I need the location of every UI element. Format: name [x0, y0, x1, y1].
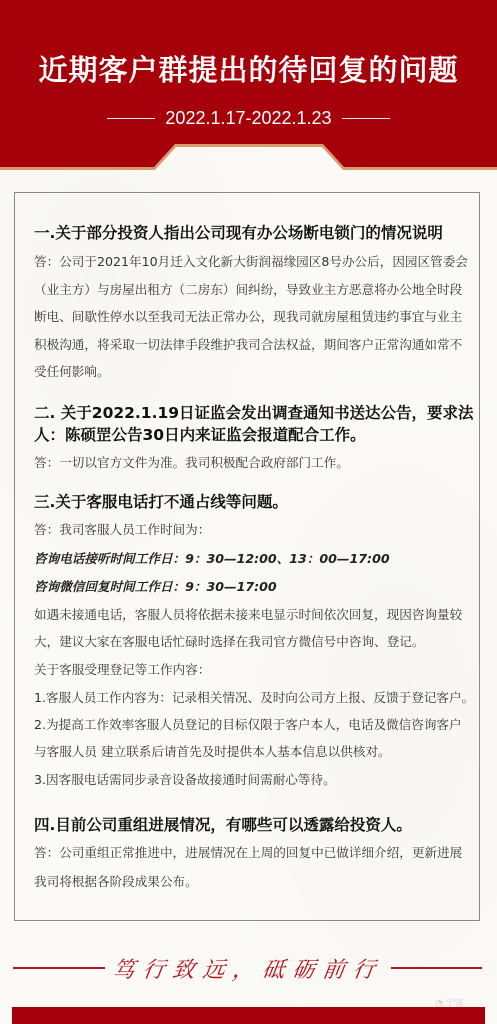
- section-3-list-item: 3.因客服电话需同步录音设备故接通时间需耐心等待。: [34, 771, 336, 789]
- section-4-body-line: 我司将根据各阶段成果公布。: [34, 873, 198, 891]
- section-2-heading: 人：陈硕罡公告30日内来证监会报道配合工作。: [34, 424, 366, 446]
- section-4-body-line: 答：公司重组正常推进中，进展情况在上周的回复中已做详细介绍，更新进展: [34, 844, 462, 862]
- section-3-heading: 三.关于客服电话打不通占线等问题。: [34, 491, 288, 513]
- date-range: 2022.1.17-2022.1.23: [165, 106, 331, 130]
- divider-right: [342, 118, 390, 119]
- phone-hours: 咨询电话接听时间工作日：9：30—12:00、13：00—17:00: [34, 550, 390, 568]
- section-1-heading: 一.关于部分投资人指出公司现有办公场断电锁门的情况说明: [34, 222, 443, 244]
- slogan-row: 笃行致远，砥砺前行: [13, 952, 482, 984]
- section-4-heading: 四.目前公司重组进展情况，有哪些可以透露给投资人。: [34, 814, 412, 836]
- divider-left: [107, 118, 155, 119]
- footer-band: [12, 1007, 485, 1024]
- section-1-body-line: 积极沟通，将采取一切法律手段维护我司合法权益，期间客户正常沟通如常不: [34, 336, 462, 354]
- slogan-divider-left: [13, 967, 105, 969]
- section-3-body-line: 大，建议大家在客服电话忙碌时选择在我司官方微信号中咨询、登记。: [34, 633, 424, 651]
- section-1-body-line: 断电、间歇性停水以至我司无法正常办公，现我司就房屋租赁违约事宜与业主: [34, 308, 462, 326]
- page-title: 近期客户群提出的待回复的问题: [0, 50, 497, 90]
- slogan-divider-right: [391, 967, 483, 969]
- section-3-list-item: 与客服人员 建立联系后请首先及时提供本人基本信息以供核对。: [34, 743, 391, 761]
- section-3-body-line: 关于客服受理登记等工作内容：: [34, 661, 210, 679]
- section-2-body-line: 答：一切以官方文件为准。我司积极配合政府部门工作。: [34, 454, 349, 472]
- section-3-body-line: 答：我司客服人员工作时间为：: [34, 521, 210, 539]
- section-1-body-line: 答：公司于2021年10月迁入文化新大街润福缘园区8号办公后，因园区管委会: [34, 253, 468, 271]
- section-3-list-item: 2.为提高工作效率客服人员登记的目标仅限于客户本人，电话及微信咨询客户: [34, 716, 462, 734]
- section-1-body-line: 受任何影响。: [34, 363, 110, 381]
- section-3-list-item: 1.客服人员工作内容为：记录相关情况、及时向公司方上报、反馈于登记客户。: [34, 689, 474, 707]
- date-range-row: 2022.1.17-2022.1.23: [0, 106, 497, 130]
- section-1-body-line: （业主方）与房屋出租方（二房东）间纠纷，导致业主方恶意将办公地全时段: [34, 281, 462, 299]
- slogan: 笃行致远，砥砺前行: [102, 953, 392, 984]
- section-2-heading: 二. 关于2022.1.19日证监会发出调查通知书送达公告，要求法: [34, 402, 474, 424]
- section-3-body-line: 如遇未接通电话，客服人员将依据未接来电显示时间依次回复，现因咨询量较: [34, 606, 462, 624]
- wechat-hours: 咨询微信回复时间工作日：9：30—17:00: [34, 578, 277, 596]
